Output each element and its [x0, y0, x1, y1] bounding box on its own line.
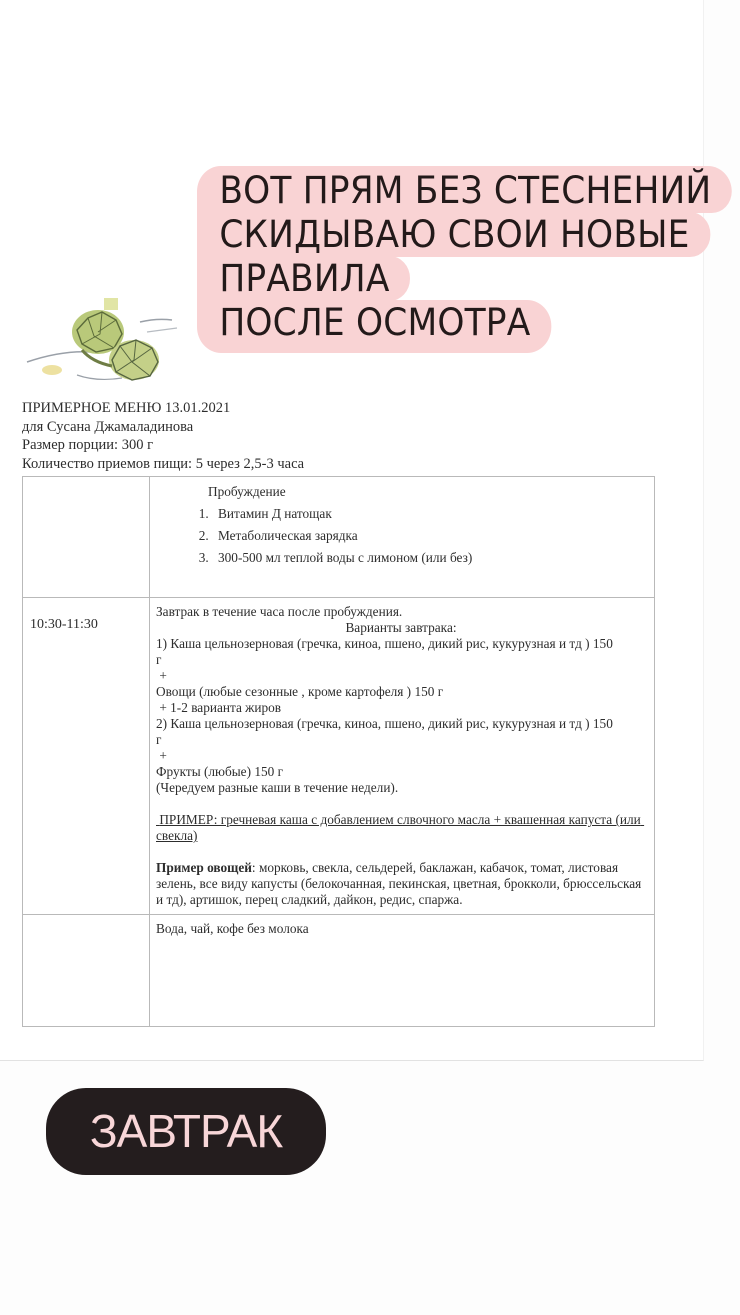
wake-list: Витамин Д натощак Метаболическая зарядка… [156, 506, 646, 566]
vegetable-examples: Пример овощей: морковь, свекла, сельдере… [156, 860, 646, 908]
option-2-unit: г [156, 732, 646, 748]
option-1-unit: г [156, 652, 646, 668]
list-item: Витамин Д натощак [212, 506, 646, 522]
breakfast-intro: Завтрак в течение часа после пробуждения… [156, 604, 646, 620]
wake-title: Пробуждение [208, 484, 646, 500]
artichoke-illustration-icon [22, 290, 187, 390]
menu-table: Пробуждение Витамин Д натощак Метаболиче… [22, 476, 655, 1027]
table-row: 10:30-11:30 Завтрак в течение часа после… [23, 598, 655, 915]
sticker-caption: ВОТ ПРЯМ БЕЗ СТЕСНЕНИЙ СКИДЫВАЮ СВОИ НОВ… [197, 166, 732, 352]
sticker-line: ПОСЛЕ ОСМОТРА [197, 300, 551, 353]
content-cell: Вода, чай, кофе без молока [150, 915, 655, 1027]
document-person: для Сусана Джамаладинова [22, 418, 304, 437]
option-1: 1) Каша цельнозерновая (гречка, киноа, п… [156, 636, 646, 652]
document-title: ПРИМЕРНОЕ МЕНЮ 13.01.2021 [22, 399, 304, 418]
plus-sign: + [156, 748, 646, 764]
time-cell [23, 477, 150, 598]
example-note: ПРИМЕР: гречневая каша с добавлением слв… [156, 812, 646, 844]
meals-count: Количество приемов пищи: 5 через 2,5-3 ч… [22, 455, 304, 474]
fruits-line: Фрукты (любые) 150 г [156, 764, 646, 780]
breakfast-badge: ЗАВТРАК [46, 1088, 326, 1175]
fats-line: + 1-2 варианта жиров [156, 700, 646, 716]
list-item: Метаболическая зарядка [212, 528, 646, 544]
vegetables-line: Овощи (любые сезонные , кроме картофеля … [156, 684, 646, 700]
option-2: 2) Каша цельнозерновая (гречка, киноа, п… [156, 716, 646, 732]
sticker-line: СКИДЫВАЮ СВОИ НОВЫЕ [197, 212, 710, 257]
portion-size: Размер порции: 300 г [22, 436, 304, 455]
table-row: Пробуждение Витамин Д натощак Метаболиче… [23, 477, 655, 598]
table-row: Вода, чай, кофе без молока [23, 915, 655, 1027]
sticker-line: ПРАВИЛА [197, 256, 410, 301]
alternate-note: (Чередуем разные каши в течение недели). [156, 780, 646, 796]
time-cell [23, 915, 150, 1027]
document-header: ПРИМЕРНОЕ МЕНЮ 13.01.2021 для Сусана Джа… [22, 399, 304, 473]
variants-title: Варианты завтрака: [156, 620, 646, 636]
sticker-line: ВОТ ПРЯМ БЕЗ СТЕСНЕНИЙ [197, 166, 732, 213]
content-cell: Пробуждение Витамин Д натощак Метаболиче… [150, 477, 655, 598]
content-cell: Завтрак в течение часа после пробуждения… [150, 598, 655, 915]
plus-sign: + [156, 668, 646, 684]
vegetable-examples-label: Пример овощей [156, 860, 252, 875]
time-cell: 10:30-11:30 [23, 598, 150, 915]
list-item: 300-500 мл теплой воды с лимоном (или бе… [212, 550, 646, 566]
